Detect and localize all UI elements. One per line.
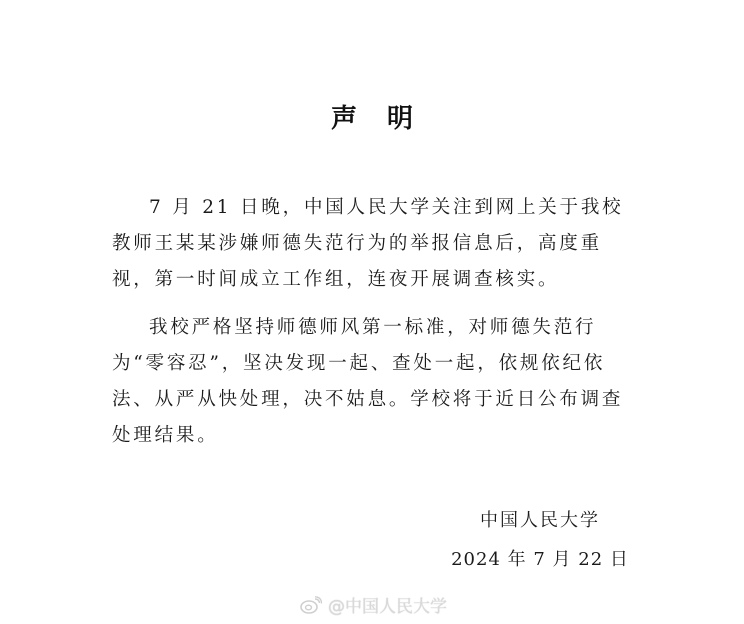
paragraph-1: 7 月 21 日晚，中国人民大学关注到网上关于我校教师王某某涉嫌师德失范行为的举… <box>112 190 632 298</box>
signature-organization: 中国人民大学 <box>440 506 640 532</box>
signature-date: 2024 年 7 月 22 日 <box>440 545 640 571</box>
weibo-watermark: @中国人民大学 <box>300 592 447 617</box>
watermark-text: @中国人民大学 <box>328 592 447 617</box>
paragraph-2: 我校严格坚持师德师风第一标准，对师德失范行为“零容忍”，坚决发现一起、查处一起，… <box>112 310 632 454</box>
weibo-icon <box>300 596 322 614</box>
document-title: 声明 <box>0 98 744 135</box>
